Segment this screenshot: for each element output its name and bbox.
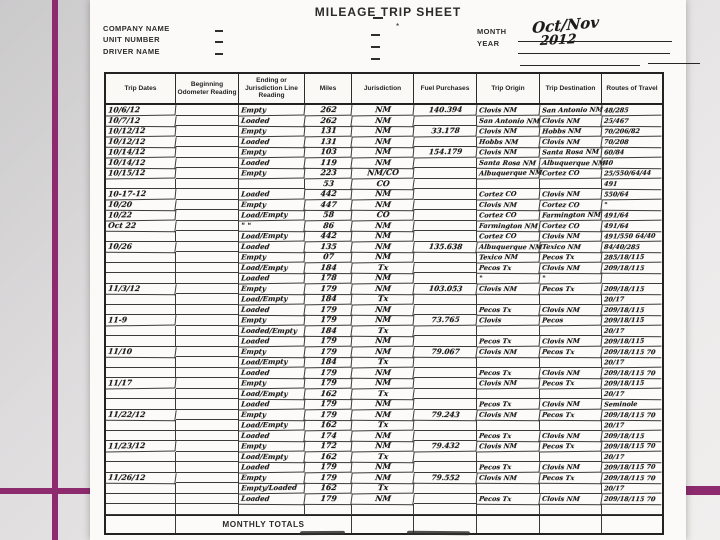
cell-r3-c0: 10/12/12 [106,126,177,137]
cell-r27-c6: Clovis NM [477,378,541,389]
cell-r29-c5 [414,399,477,410]
cell-r13-c0 [106,231,176,242]
cell-r5-c5: 154.179 [414,147,478,158]
cell-r24-c8: 209/18/115 70 [601,346,662,357]
cell-r21-c5: 73.765 [414,315,478,326]
cell-r28-c2: Load/Empty [238,388,305,399]
column-header-miles: Miles [305,74,352,103]
cell-r34-c8: 20/17 [601,451,662,462]
cell-r4-c8: 70/208 [601,136,662,147]
cell-r31-c7 [540,420,602,431]
cell-r36-c4: NM [351,472,414,483]
cell-r35-c6: Pecos Tx [477,462,541,473]
cell-r13-c6: Cortez CO [477,231,541,242]
cell-r12-c5 [414,221,477,232]
cell-r38-c4: NM [351,493,414,504]
cell-r32-c3: 174 [304,430,352,441]
cell-r32-c0 [106,431,176,442]
cell-r13-c5 [414,231,477,242]
cell-r20-c4: NM [351,304,414,315]
cell-r17-c8 [602,273,662,284]
cell-r11-c3: 58 [305,210,353,221]
cell-r25-c2: Load/Empty [239,357,306,368]
cell-r36-c0: 11/26/12 [105,472,176,483]
cell-r17-c7: " [540,273,603,284]
cell-r31-c4: Tx [352,420,415,431]
cell-r9-c6: Cortez CO [477,189,541,200]
cell-r24-c1 [176,347,239,358]
cell-r14-c1 [176,242,239,253]
cell-r20-c5 [414,305,477,316]
cell-r20-c0 [106,305,176,316]
cell-r32-c2: Loaded [238,430,305,441]
year-line [518,53,670,54]
unit-number-line [215,41,223,43]
cell-r1-c3: 262 [305,105,353,116]
cell-r11-c4: CO [352,210,415,221]
cell-r35-c7: Clovis NM [540,462,603,473]
cell-r4-c0: 10/12/12 [105,136,176,147]
cell-r4-c7: Clovis NM [539,136,602,147]
cell-r1-c6: Clovis NM [477,105,541,116]
cell-r25-c8: 20/17 [602,357,663,368]
cell-r27-c5 [414,378,477,389]
company-name-label: COMPANY NAME [103,24,170,33]
cell-r37-c3: 162 [305,483,353,494]
cell-r23-c8: 209/18/115 [602,336,663,347]
stray-ink-mark: * [396,22,399,31]
cell-r6-c1 [176,158,239,169]
cell-r15-c8: 285/18/115 [602,252,663,263]
cell-r14-c4: NM [351,241,414,252]
cell-r19-c5 [414,294,477,305]
cell-r11-c1 [176,210,239,221]
cell-r37-c0 [106,483,176,494]
cell-r7-c2: Empty [239,168,306,179]
cell-r9-c4: NM [352,189,415,200]
cell-r20-c7: Clovis NM [539,304,602,315]
cell-r36-c2: Empty [238,472,305,483]
cell-r20-c8: 209/18/115 [601,304,662,315]
cell-r36-c8: 209/18/115 70 [601,472,662,483]
cell-r27-c0: 11/17 [106,378,177,389]
cell-r19-c0 [106,294,176,305]
cell-r37-c5 [414,483,477,494]
cell-r17-c4: NM [352,273,415,284]
cell-r34-c4: Tx [351,451,414,462]
cell-r15-c5 [414,252,477,263]
cell-r17-c1 [176,273,239,284]
cell-r11-c5 [414,210,477,221]
cell-r25-c3: 184 [305,357,353,368]
cell-r10-c1 [176,200,239,211]
cell-r21-c8: 209/18/115 [602,315,663,326]
cell-r36-c7: Pecos Tx [539,472,602,483]
cell-r34-c1 [176,452,239,463]
column-header-trip-origin: Trip Origin [477,74,540,103]
cell-r22-c3: 184 [304,325,352,336]
cell-r14-c0: 10/26 [105,241,176,252]
cell-r6-c4: NM [351,157,414,168]
cell-r22-c5 [414,326,477,337]
cell-r37-c6 [477,483,540,494]
cell-r15-c0 [106,252,176,263]
cell-r30-c8: 209/18/115 70 [601,409,662,420]
cell-r5-c7: Santa Rosa NM [540,147,603,158]
cell-r33-c0: 11/23/12 [106,441,177,452]
cell-r39-c2 [239,504,305,515]
cell-r27-c4: NM [352,378,415,389]
cell-r23-c1 [176,336,239,347]
cell-r26-c4: NM [351,367,414,378]
cell-r9-c3: 442 [305,189,353,200]
cell-r31-c8: 20/17 [602,420,663,431]
totals-ink-mark-fuel [407,531,470,535]
cell-r5-c8: 60/84 [602,147,663,158]
cell-r25-c7 [540,357,602,368]
cell-r10-c2: Empty [238,199,305,210]
cell-r11-c2: Load/Empty [239,210,306,221]
cell-r33-c8: 209/18/115 70 [602,441,663,452]
cell-r32-c4: NM [351,430,414,441]
cell-r8-c2 [239,179,305,190]
cell-r10-c4: NM [351,199,414,210]
cell-r22-c8: 20/17 [601,325,662,336]
cell-r11-c0: 10/22 [106,210,177,221]
cell-r9-c5 [414,189,477,200]
column-header-ending-or-jurisdiction-line-reading: Ending or Jurisdiction Line Reading [239,74,305,103]
cell-r19-c6 [477,294,540,305]
cell-r21-c7: Pecos [540,315,603,326]
cell-r37-c4: Tx [352,483,415,494]
cell-r10-c6: Clovis NM [476,199,540,210]
cell-r18-c1 [176,284,239,295]
cell-r38-c6: Pecos Tx [476,493,540,504]
totals-cell [477,516,540,533]
column-header-fuel-purchases: Fuel Purchases [414,74,477,103]
cell-r29-c8: Seminole [602,399,663,410]
cell-r7-c8: 25/550/64/44 [602,168,663,179]
cell-r10-c5 [414,200,477,211]
cell-r18-c2: Empty [238,283,305,294]
cell-r37-c1 [176,483,239,494]
cell-r16-c3: 184 [304,262,352,273]
cell-r4-c4: NM [351,136,414,147]
cell-r6-c5 [414,158,477,169]
cell-r38-c5 [414,494,477,505]
cell-r5-c0: 10/14/12 [106,147,177,158]
cell-r15-c1 [176,252,239,263]
cell-r25-c5 [414,357,477,368]
cell-r17-c6: " [477,273,541,284]
cell-r7-c7: Cortez CO [540,168,603,179]
cell-r2-c6: San Antonio NM [476,115,540,126]
cell-r8-c3: 53 [304,178,352,189]
slide-background: { "slide": { "accent_color": "#8d2b6e" }… [0,0,720,540]
cell-r4-c3: 131 [304,136,352,147]
trip-table: Trip DatesBeginning Odometer ReadingEndi… [104,72,664,535]
cell-r23-c5 [414,336,477,347]
cell-r26-c3: 179 [304,367,352,378]
cell-r19-c2: Load/Empty [239,294,306,305]
cell-r21-c3: 179 [305,315,353,326]
cell-r9-c8: 550/64 [602,189,663,200]
cell-r38-c8: 209/18/115 70 [601,493,662,504]
cell-r35-c0 [106,462,176,473]
cell-r26-c6: Pecos Tx [476,367,540,378]
cell-r33-c3: 172 [305,441,353,452]
cell-r22-c4: Tx [351,325,414,336]
cell-r32-c7: Clovis NM [539,430,602,441]
cell-r16-c2: Load/Empty [238,262,305,273]
cell-r1-c4: NM [352,105,415,116]
cell-r2-c4: NM [351,115,414,126]
cell-r35-c5 [414,462,477,473]
cell-r36-c5: 79.552 [413,472,477,483]
cell-r2-c2: Loaded [238,115,305,126]
cell-r14-c2: Loaded [238,241,305,252]
cell-r38-c2: Loaded [238,493,305,504]
cell-r14-c5: 135.638 [413,241,477,252]
year-label: YEAR [477,39,499,48]
cell-r4-c5 [414,137,477,148]
cell-r3-c1 [176,126,239,137]
cell-r34-c3: 162 [304,451,352,462]
cell-r14-c3: 135 [304,241,352,252]
cell-r31-c1 [176,420,239,431]
cell-r38-c7: Clovis NM [539,493,602,504]
cell-r31-c6 [477,420,540,431]
cell-r33-c5: 79.432 [414,441,478,452]
table-header-row: Trip DatesBeginning Odometer ReadingEndi… [106,74,662,105]
monthly-totals-row: MONTHLY TOTALS [106,515,662,533]
cell-r21-c2: Empty [239,315,306,326]
cell-r15-c6: Texico NM [477,252,541,263]
cell-r22-c1 [176,326,239,337]
cell-r7-c3: 223 [305,168,353,179]
cell-r13-c1 [176,231,239,242]
cell-r17-c0 [106,273,176,284]
cell-r28-c0 [106,389,176,400]
cell-r16-c4: Tx [351,262,414,273]
cell-r6-c2: Loaded [238,157,305,168]
cell-r21-c6: Clovis [477,315,541,326]
cell-r29-c1 [176,399,239,410]
cell-r22-c0 [106,326,176,337]
cell-r30-c3: 179 [304,409,352,420]
column-header-trip-destination: Trip Destination [540,74,602,103]
extra-line-right [648,63,700,64]
cell-r9-c1 [176,189,239,200]
cell-r38-c0 [106,494,176,505]
cell-r15-c2: Empty [239,252,306,263]
cell-r17-c5 [414,273,477,284]
cell-r19-c8: 20/17 [602,294,663,305]
cell-r30-c0: 11/22/12 [105,409,176,420]
cell-r5-c4: NM [352,147,415,158]
cell-r12-c2: " " [238,220,305,231]
cell-r6-c3: 119 [304,157,352,168]
cell-r13-c3: 442 [305,231,353,242]
center-mark [371,34,380,36]
cell-r3-c8: 70/206/82 [602,126,663,137]
center-mark [371,58,380,60]
cell-r28-c8: 20/17 [601,388,662,399]
cell-r25-c1 [176,357,239,368]
cell-r34-c6 [477,452,540,463]
cell-r23-c6: Pecos Tx [477,336,541,347]
cell-r29-c7: Clovis NM [540,399,603,410]
cell-r3-c4: NM [352,126,415,137]
column-header-beginning-odometer-reading: Beginning Odometer Reading [176,74,239,103]
cell-r37-c2: Empty/Loaded [239,483,306,494]
cell-r17-c2: Loaded [239,273,306,284]
cell-r28-c5 [414,389,477,400]
cell-r32-c5 [414,431,477,442]
cell-r2-c7: Clovis NM [539,115,602,126]
cell-r2-c1 [176,116,239,127]
cell-r6-c7: Albuquerque NM [539,157,602,168]
cell-r1-c0: 10/6/12 [106,105,177,116]
unit-number-label: UNIT NUMBER [103,35,160,44]
cell-r2-c3: 262 [304,115,352,126]
cell-r13-c2: Load/Empty [239,231,306,242]
cell-r26-c0 [106,368,176,379]
cell-r23-c0 [106,336,176,347]
cell-r26-c5 [414,368,477,379]
totals-ink-mark-miles [300,531,345,535]
cell-r30-c1 [176,410,239,421]
cell-r31-c0 [106,420,176,431]
cell-r14-c8: 84/40/285 [601,241,662,252]
cell-r2-c8: 25/467 [601,115,662,126]
cell-r30-c7: Pecos Tx [539,409,602,420]
cell-r39-c6 [477,504,540,515]
cell-r30-c5: 79.243 [413,409,477,420]
accent-stripe-vertical [52,0,58,540]
cell-r28-c7 [540,389,602,400]
cell-r13-c4: NM [352,231,415,242]
cell-r10-c0: 10/20 [105,199,176,210]
cell-r12-c8: 491/64 [601,220,662,231]
cell-r18-c7: Pecos Tx [539,283,602,294]
cell-r35-c2: Loaded [239,462,306,473]
cell-r33-c4: NM [352,441,415,452]
cell-r39-c1 [176,504,239,515]
cell-r10-c8: " [601,199,662,210]
cell-r26-c2: Loaded [238,367,305,378]
cell-r18-c3: 179 [304,283,352,294]
cell-r19-c4: Tx [352,294,415,305]
cell-r9-c7: Clovis NM [540,189,603,200]
cell-r36-c6: Clovis NM [476,472,540,483]
cell-r8-c7 [540,179,602,190]
cell-r10-c3: 447 [304,199,352,210]
cell-r17-c3: 178 [305,273,353,284]
cell-r23-c7: Clovis NM [540,336,603,347]
cell-r21-c1 [176,315,239,326]
cell-r5-c1 [176,147,239,158]
cell-r4-c1 [176,137,239,148]
cell-r3-c3: 131 [305,126,353,137]
cell-r22-c7 [540,326,602,337]
cell-r30-c2: Empty [238,409,305,420]
cell-r19-c1 [176,294,239,305]
cell-r29-c2: Loaded [239,399,306,410]
cell-r7-c0: 10/15/12 [106,168,177,179]
cell-r31-c2: Load/Empty [239,420,306,431]
cell-r4-c2: Loaded [238,136,305,147]
cell-r35-c8: 209/18/115 70 [602,462,663,473]
cell-r36-c1 [176,473,239,484]
cell-r3-c6: Clovis NM [477,126,541,137]
cell-r35-c4: NM [352,462,415,473]
cell-r28-c3: 162 [304,388,352,399]
driver-name-label: DRIVER NAME [103,47,160,56]
cell-r9-c0: 10-17-12 [106,189,177,200]
cell-r12-c1 [176,221,239,232]
cell-r5-c3: 103 [305,147,353,158]
cell-r2-c0: 10/7/12 [105,115,176,126]
cell-r31-c5 [414,420,477,431]
cell-r22-c6 [477,326,540,337]
cell-r25-c4: Tx [352,357,415,368]
cell-r4-c6: Hobbs NM [476,136,540,147]
cell-r28-c1 [176,389,239,400]
cell-r30-c6: Clovis NM [476,409,540,420]
cell-r16-c8: 209/18/115 [601,262,662,273]
cell-r7-c4: NM/CO [352,168,415,179]
cell-r12-c4: NM [351,220,414,231]
cell-r14-c6: Albuquerque NM [476,241,540,252]
accent-stripe-horizontal-right [684,486,720,495]
cell-r12-c0: Oct 22 [105,220,176,231]
cell-r39-c7 [540,504,602,515]
cell-r37-c8: 20/17 [602,483,663,494]
cell-r24-c6: Clovis NM [476,346,540,357]
cell-r22-c2: Loaded/Empty [238,325,305,336]
cell-r16-c0 [106,263,176,274]
center-mark [373,17,383,19]
cell-r25-c0 [106,357,176,368]
totals-cell [352,516,414,533]
cell-r8-c4: CO [351,178,414,189]
cell-r1-c1 [176,105,239,116]
cell-r27-c3: 179 [305,378,353,389]
cell-r20-c3: 179 [304,304,352,315]
cell-r6-c0: 10/14/12 [105,157,176,168]
cell-r29-c6: Pecos Tx [477,399,541,410]
cell-r33-c7: Pecos Tx [540,441,603,452]
monthly-totals-label: MONTHLY TOTALS [176,516,352,533]
cell-r39-c5 [414,504,477,515]
totals-cell [602,516,662,533]
cell-r12-c6: Farmington NM [476,220,540,231]
cell-r8-c1 [176,179,239,190]
cell-r35-c1 [176,462,239,473]
cell-r37-c7 [540,483,602,494]
table-body: 10/6/12Empty262NM140.394Clovis NMSan Ant… [106,105,662,515]
cell-r1-c8: 48/285 [602,105,663,116]
cell-r20-c6: Pecos Tx [476,304,540,315]
cell-r1-c2: Empty [239,105,306,116]
cell-r16-c6: Pecos Tx [476,262,540,273]
cell-r6-c8: 40 [601,157,662,168]
cell-r28-c4: Tx [351,388,414,399]
cell-r16-c1 [176,263,239,274]
cell-r7-c6: Albuquerque NM [477,168,541,179]
cell-r24-c3: 179 [304,346,352,357]
